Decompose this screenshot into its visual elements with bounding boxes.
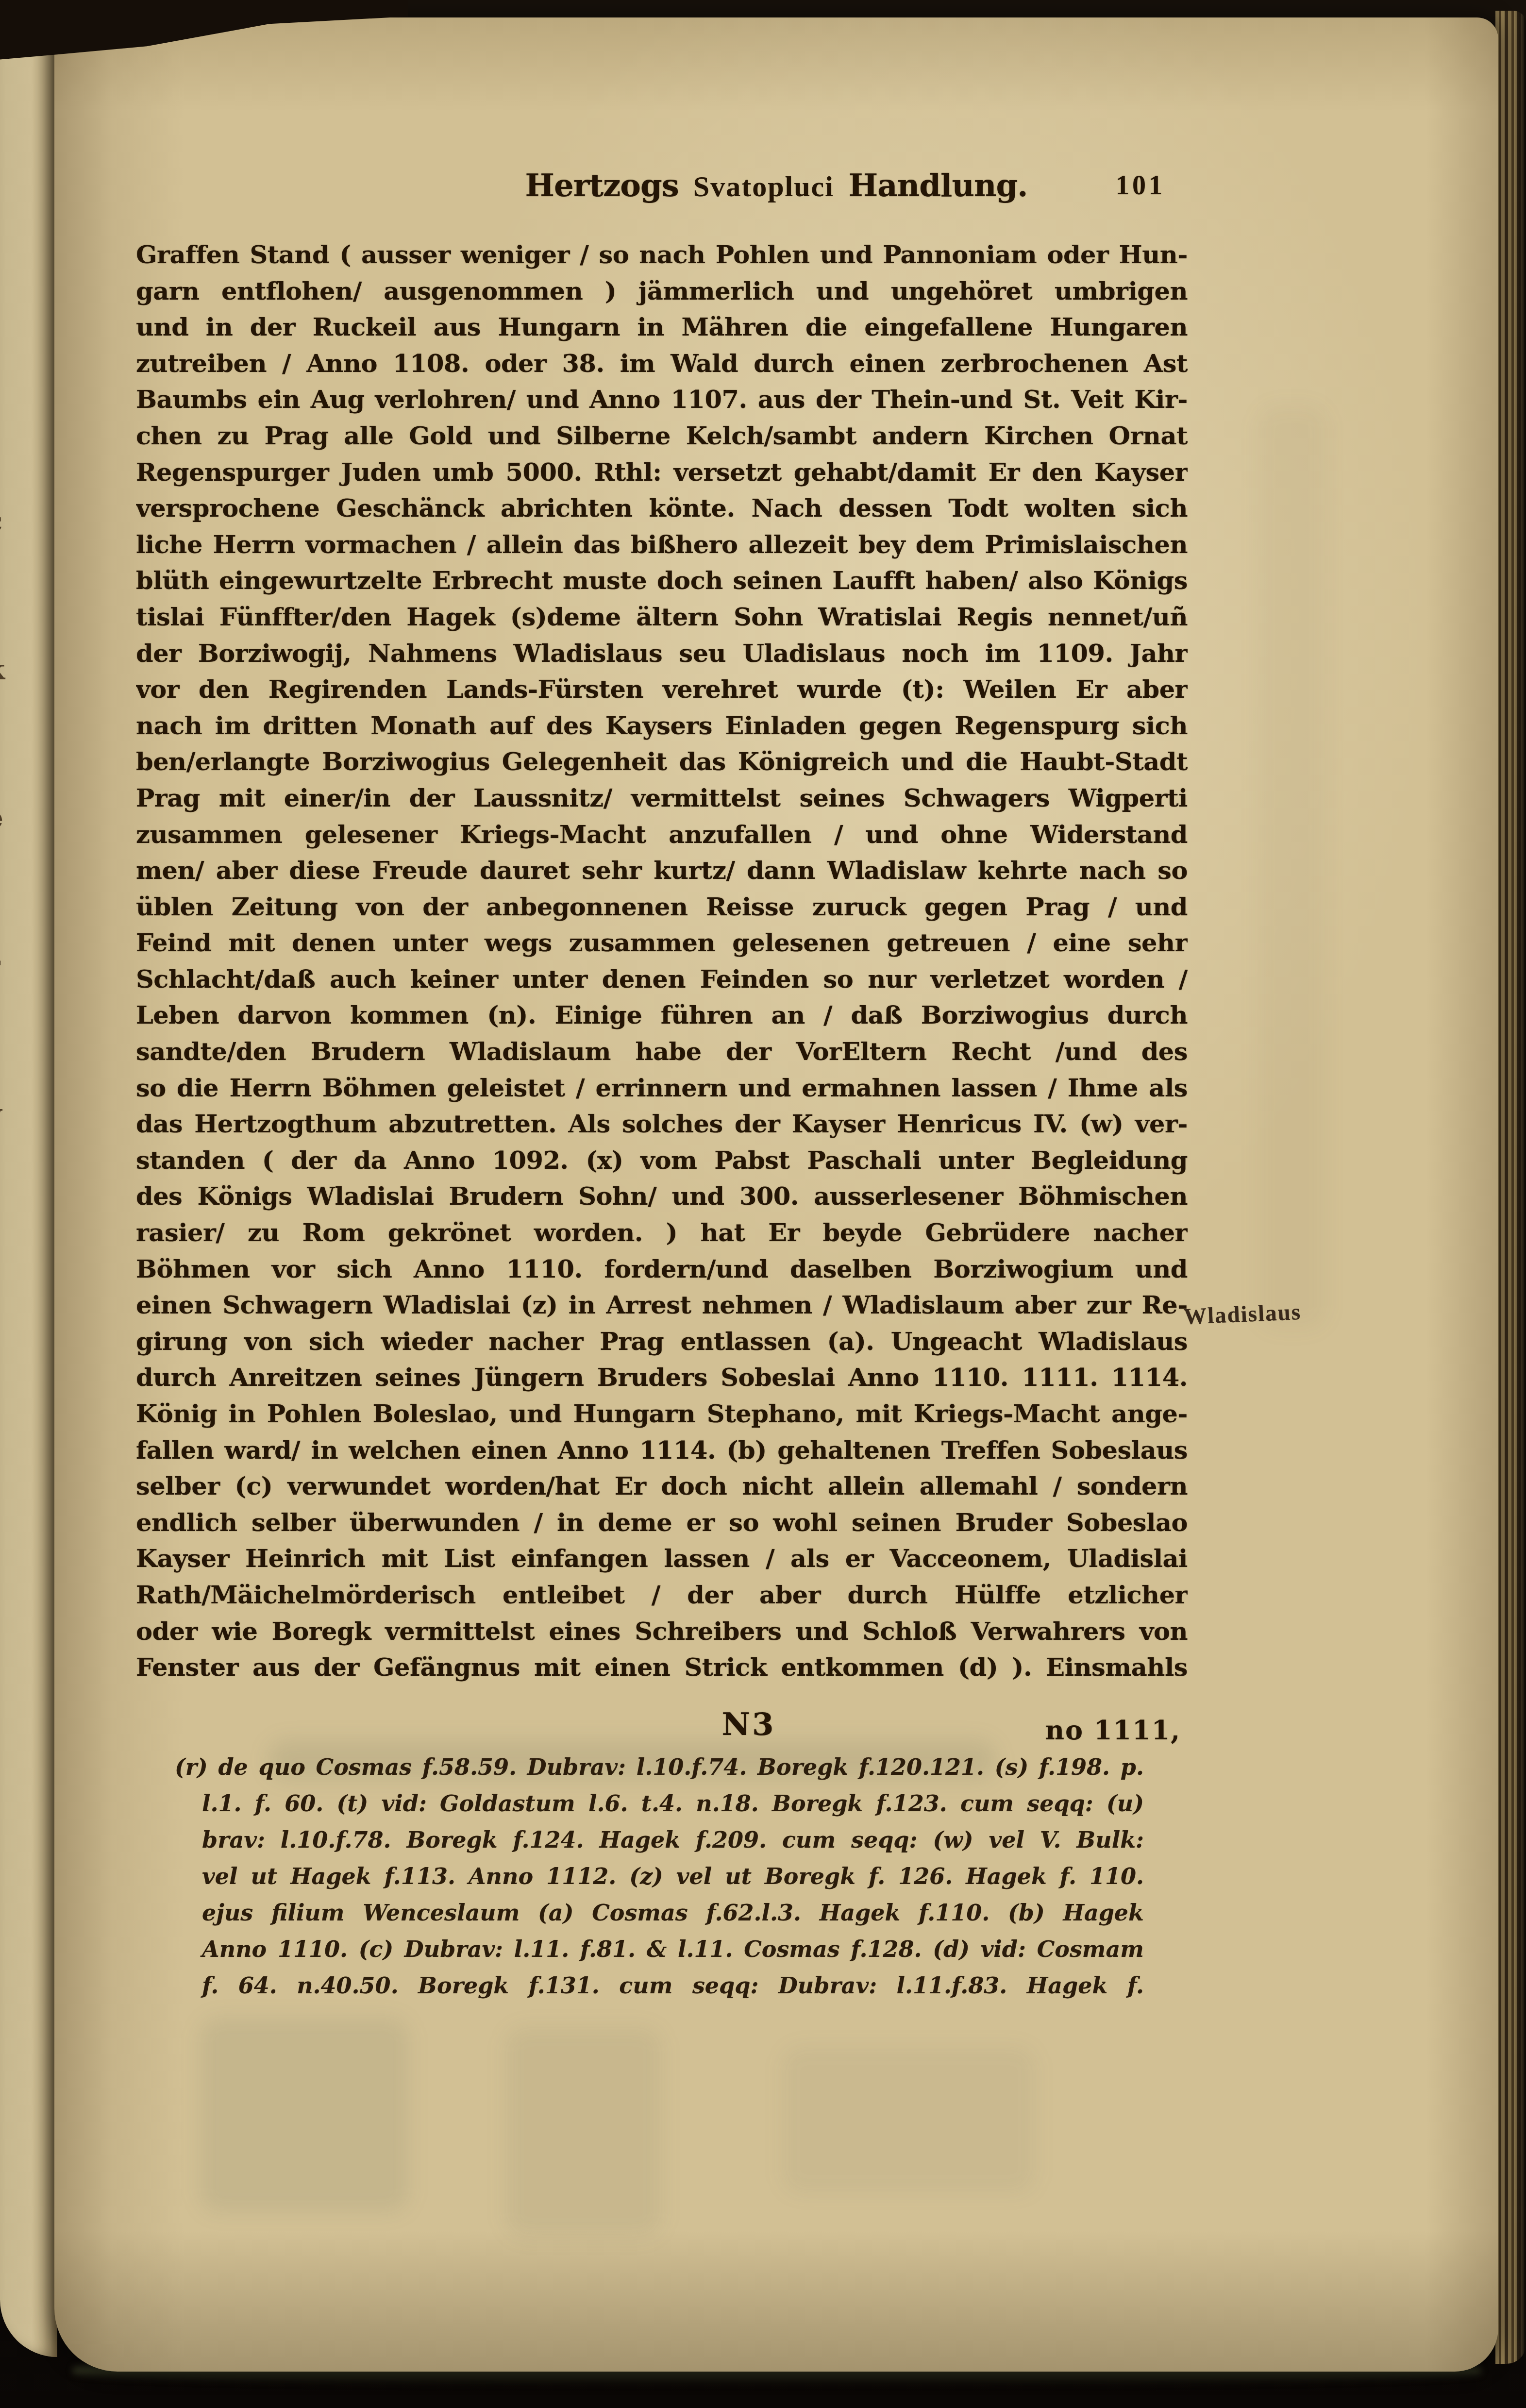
body-line: vor den Regirenden Lands-Fürsten verehre… — [136, 672, 1188, 708]
body-line: Böhmen vor sich Anno 1110. fordern/und d… — [136, 1251, 1188, 1288]
ink-bleedthrough — [506, 2028, 661, 2237]
gutter-fragment: y — [0, 1100, 19, 1248]
body-line: selber (c) verwundet worden/hat Er doch … — [136, 1468, 1188, 1505]
footnote-line: l.1. f. 60. (t) vid: Goldastum l.6. t.4.… — [175, 1785, 1144, 1822]
body-line: und in der Ruckeil aus Hungarn in Mähren… — [136, 309, 1188, 346]
footnotes: (r) de quo Cosmas f.58.59. Dubrav: l.10.… — [175, 1749, 1144, 2004]
gutter-fragment: k — [0, 656, 19, 804]
signature-mark: N3 — [700, 1709, 797, 1740]
ink-bleedthrough — [1258, 406, 1326, 1329]
body-line: ben/erlangte Borziwogius Gelegenheit das… — [136, 744, 1188, 780]
page-number: 101 — [1116, 172, 1165, 199]
body-line: rasier/ zu Rom gekrönet worden. ) hat Er… — [136, 1215, 1188, 1251]
gutter-text-fragments: tckery — [0, 359, 19, 2107]
gutter-fragment: e — [0, 804, 19, 952]
body-line: nach im dritten Monath auf des Kaysers E… — [136, 708, 1188, 744]
running-header: Hertzogs Svatopluci Handlung. — [54, 169, 1498, 204]
catchword: no 1111, — [1021, 1717, 1181, 1743]
margin-note: Wladislaus — [1183, 1301, 1302, 1329]
body-line: Kayser Heinrich mit List einfangen lasse… — [136, 1541, 1188, 1577]
body-line: König in Pohlen Boleslao, und Hungarn St… — [136, 1396, 1188, 1432]
gutter-fragment: r — [0, 952, 19, 1100]
body-line: üblen Zeitung von der anbegonnenen Reiss… — [136, 889, 1188, 926]
body-line: Schlacht/daß auch keiner unter denen Fei… — [136, 961, 1188, 998]
gutter-fragment: c — [0, 507, 19, 656]
footnote-line: (r) de quo Cosmas f.58.59. Dubrav: l.10.… — [175, 1749, 1144, 1785]
body-line: Leben darvon kommen (n). Einige führen a… — [136, 997, 1188, 1034]
body-line: Fenster aus der Gefängnus mit einen Stri… — [136, 1650, 1188, 1686]
gutter-fragment: t — [0, 359, 19, 507]
book-fore-edge — [1495, 11, 1526, 2364]
body-line: oder wie Boregk vermittelst eines Schrei… — [136, 1614, 1188, 1650]
body-line: garn entflohen/ ausgenommen ) jämmerlich… — [136, 273, 1188, 310]
body-line: der Borziwogij, Nahmens Wladislaus seu U… — [136, 636, 1188, 672]
footnote-line: ejus filium Wenceslaum (a) Cosmas f.62.l… — [175, 1895, 1144, 1931]
body-line: zusammen gelesener Kriegs-Macht anzufall… — [136, 817, 1188, 853]
body-line: girung von sich wieder nacher Prag entla… — [136, 1324, 1188, 1360]
body-line: men/ aber diese Freude dauret sehr kurtz… — [136, 853, 1188, 889]
body-line: Feind mit denen unter wegs zusammen gele… — [136, 925, 1188, 961]
header-word: Hertzogs — [525, 169, 679, 204]
footnote-line: Anno 1110. (c) Dubrav: l.11. f.81. & l.1… — [175, 1931, 1144, 1968]
body-line: sandte/den Brudern Wladislaum habe der V… — [136, 1034, 1188, 1070]
body-line: zutreiben / Anno 1108. oder 38. im Wald … — [136, 346, 1188, 382]
header-word-latin: Svatopluci — [693, 169, 834, 204]
body-line: Rath/Mäichelmörderisch entleibet / der a… — [136, 1577, 1188, 1614]
body-line: Regenspurger Juden umb 5000. Rthl: verse… — [136, 455, 1188, 491]
ink-bleedthrough — [200, 2018, 409, 2212]
footnote-line: f. 64. n.40.50. Boregk f.131. cum seqq: … — [175, 1968, 1144, 2004]
footnote-line: brav: l.10.f.78. Boregk f.124. Hagek f.2… — [175, 1822, 1144, 1858]
footnote-line: vel ut Hagek f.113. Anno 1112. (z) vel u… — [175, 1858, 1144, 1895]
body-line: durch Anreitzen seines Jüngern Bruders S… — [136, 1360, 1188, 1396]
body-line: so die Herrn Böhmen geleistet / errinner… — [136, 1070, 1188, 1107]
body-line: fallen ward/ in welchen einen Anno 1114.… — [136, 1432, 1188, 1469]
body-line: einen Schwagern Wladislai (z) in Arrest … — [136, 1287, 1188, 1324]
body-line: Prag mit einer/in der Laussnitz/ vermitt… — [136, 780, 1188, 817]
body-line: versprochene Geschänck abrichten könte. … — [136, 490, 1188, 527]
body-line: das Hertzogthum abzutretten. Als solches… — [136, 1106, 1188, 1143]
body-text: Graffen Stand ( ausser weniger / so nach… — [136, 237, 1188, 1686]
body-line: endlich selber überwunden / in deme er s… — [136, 1505, 1188, 1541]
body-line: standen ( der da Anno 1092. (x) vom Pabs… — [136, 1143, 1188, 1179]
body-line: blüth eingewurtzelte Erbrecht muste doch… — [136, 563, 1188, 599]
body-line: des Königs Wladislai Brudern Sohn/ und 3… — [136, 1179, 1188, 1215]
header-word: Handlung. — [849, 169, 1028, 204]
book-page: Hertzogs Svatopluci Handlung. 101 Graffe… — [54, 17, 1498, 2372]
ink-bleedthrough — [783, 2047, 1035, 2193]
body-line: Graffen Stand ( ausser weniger / so nach… — [136, 237, 1188, 273]
body-line: liche Herrn vormachen / allein das bißhe… — [136, 527, 1188, 563]
scanned-book-page: tckery Hertzogs Svatopluci Handlung. 101… — [0, 0, 1526, 2408]
body-line: Baumbs ein Aug verlohren/ und Anno 1107.… — [136, 382, 1188, 418]
body-line: chen zu Prag alle Gold und Silberne Kelc… — [136, 418, 1188, 455]
body-line: tislai Fünffter/den Hagek (s)deme ältern… — [136, 599, 1188, 636]
